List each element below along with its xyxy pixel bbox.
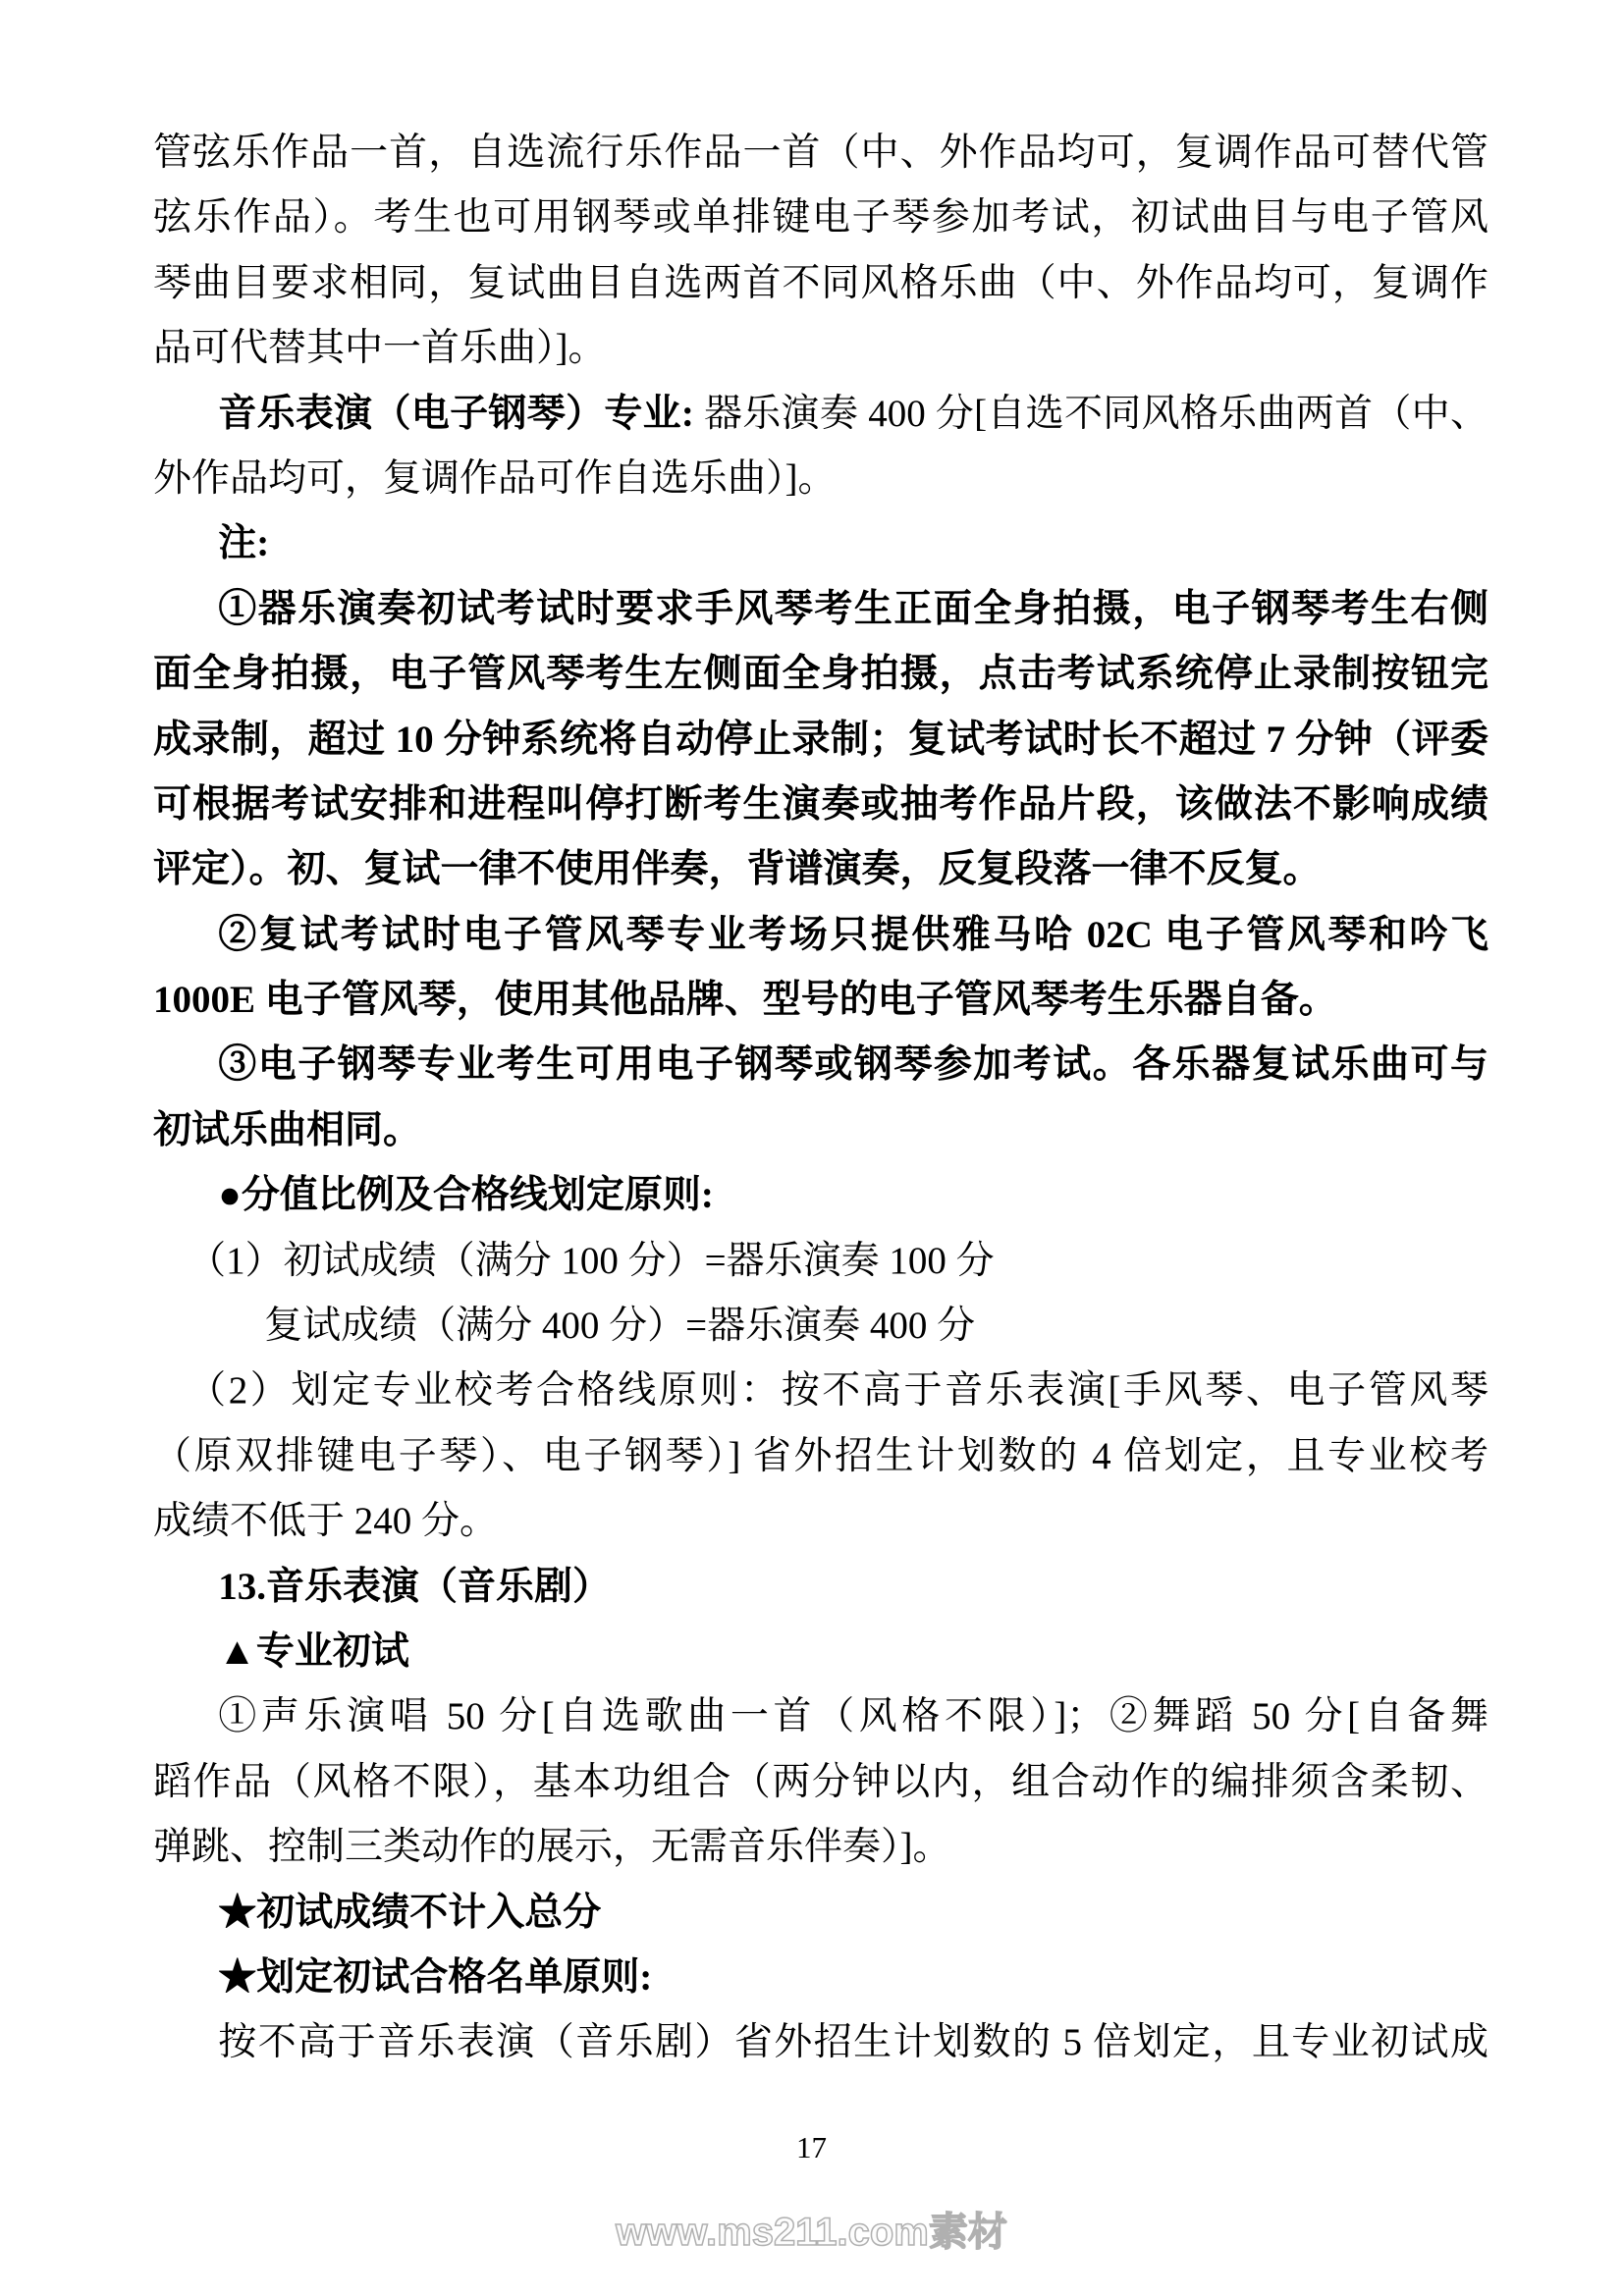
note-3-line: 初试乐曲相同。 xyxy=(153,1098,1488,1163)
major-heading-rest: 器乐演奏 400 分[自选不同风格乐曲两首（中、 xyxy=(694,393,1488,435)
note-1-line: ①器乐演奏初试考试时要求手风琴考生正面全身拍摄，电子钢琴考生右侧 xyxy=(153,577,1488,642)
note-1-line: 成录制，超过 10 分钟系统将自动停止录制；复试考试时长不超过 7 分钟（评委 xyxy=(153,708,1488,773)
major-heading-line: 音乐表演（电子钢琴）专业: 器乐演奏 400 分[自选不同风格乐曲两首（中、 xyxy=(153,382,1488,447)
paragraph-line: 弦乐作品）。考生也可用钢琴或单排键电子琴参加考试，初试曲目与电子管风 xyxy=(153,186,1488,250)
document-page: 管弦乐作品一首，自选流行乐作品一首（中、外作品均可，复调作品可替代管 弦乐作品）… xyxy=(0,0,1623,2296)
cutoff-rule-line: 成绩不低于 240 分。 xyxy=(153,1489,1488,1554)
score-principle-heading: ●分值比例及合格线划定原则: xyxy=(153,1163,1488,1228)
note-2-line: 1000E 电子管风琴，使用其他品牌、型号的电子管风琴考生乐器自备。 xyxy=(153,968,1488,1033)
paragraph-line: 外作品均可，复调作品可作自选乐曲）]。 xyxy=(153,447,1488,511)
watermark-text: www.ms211.com素材 xyxy=(0,2211,1623,2254)
major-heading-bold: 音乐表演（电子钢琴）专业: xyxy=(218,393,694,435)
note-1-line: 面全身拍摄，电子管风琴考生左侧面全身拍摄，点击考试系统停止录制按钮完 xyxy=(153,642,1488,707)
note-label: 注: xyxy=(153,511,1488,576)
star-note: ★初试成绩不计入总分 xyxy=(153,1881,1488,1946)
paragraph-line: 管弦乐作品一首，自选流行乐作品一首（中、外作品均可，复调作品可替代管 xyxy=(153,121,1488,186)
section-heading: 13.音乐表演（音乐剧） xyxy=(153,1555,1488,1620)
star-note: ★划定初试合格名单原则: xyxy=(153,1946,1488,2010)
exam-content-line: 弹跳、控制三类动作的展示，无需音乐伴奏）]。 xyxy=(153,1815,1488,1880)
cutoff-rule-line: （原双排键电子琴）、电子钢琴）] 省外招生计划数的 4 倍划定，且专业校考 xyxy=(153,1424,1488,1489)
exam-content-line: 蹈作品（风格不限），基本功组合（两分钟以内，组合动作的编排须含柔韧、 xyxy=(153,1750,1488,1815)
note-2-line: ②复试考试时电子管风琴专业考场只提供雅马哈 02C 电子管风琴和吟飞 xyxy=(153,903,1488,968)
document-body: 管弦乐作品一首，自选流行乐作品一首（中、外作品均可，复调作品可替代管 弦乐作品）… xyxy=(153,121,1488,2076)
page-number: 17 xyxy=(0,2128,1623,2167)
score-rule-line: （1）初试成绩（满分 100 分）=器乐演奏 100 分 xyxy=(153,1229,1488,1294)
paragraph-line: 琴曲目要求相同，复试曲目自选两首不同风格乐曲（中、外作品均可，复调作 xyxy=(153,251,1488,316)
exam-content-line: ①声乐演唱 50 分[自选歌曲一首（风格不限）]；②舞蹈 50 分[自备舞 xyxy=(153,1684,1488,1749)
note-3-line: ③电子钢琴专业考生可用电子钢琴或钢琴参加考试。各乐器复试乐曲可与 xyxy=(153,1033,1488,1097)
score-rule-line: 复试成绩（满分 400 分）=器乐演奏 400 分 xyxy=(153,1294,1488,1359)
note-1-line: 可根据考试安排和进程叫停打断考生演奏或抽考作品片段，该做法不影响成绩 xyxy=(153,773,1488,837)
paragraph-line: 按不高于音乐表演（音乐剧）省外招生计划数的 5 倍划定，且专业初试成 xyxy=(153,2010,1488,2075)
subsection-heading: ▲专业初试 xyxy=(153,1620,1488,1684)
cutoff-rule-line: （2）划定专业校考合格线原则：按不高于音乐表演[手风琴、电子管风琴 xyxy=(153,1359,1488,1423)
paragraph-line: 品可代替其中一首乐曲）]。 xyxy=(153,316,1488,381)
note-1-line: 评定）。初、复试一律不使用伴奏，背谱演奏，反复段落一律不反复。 xyxy=(153,837,1488,902)
